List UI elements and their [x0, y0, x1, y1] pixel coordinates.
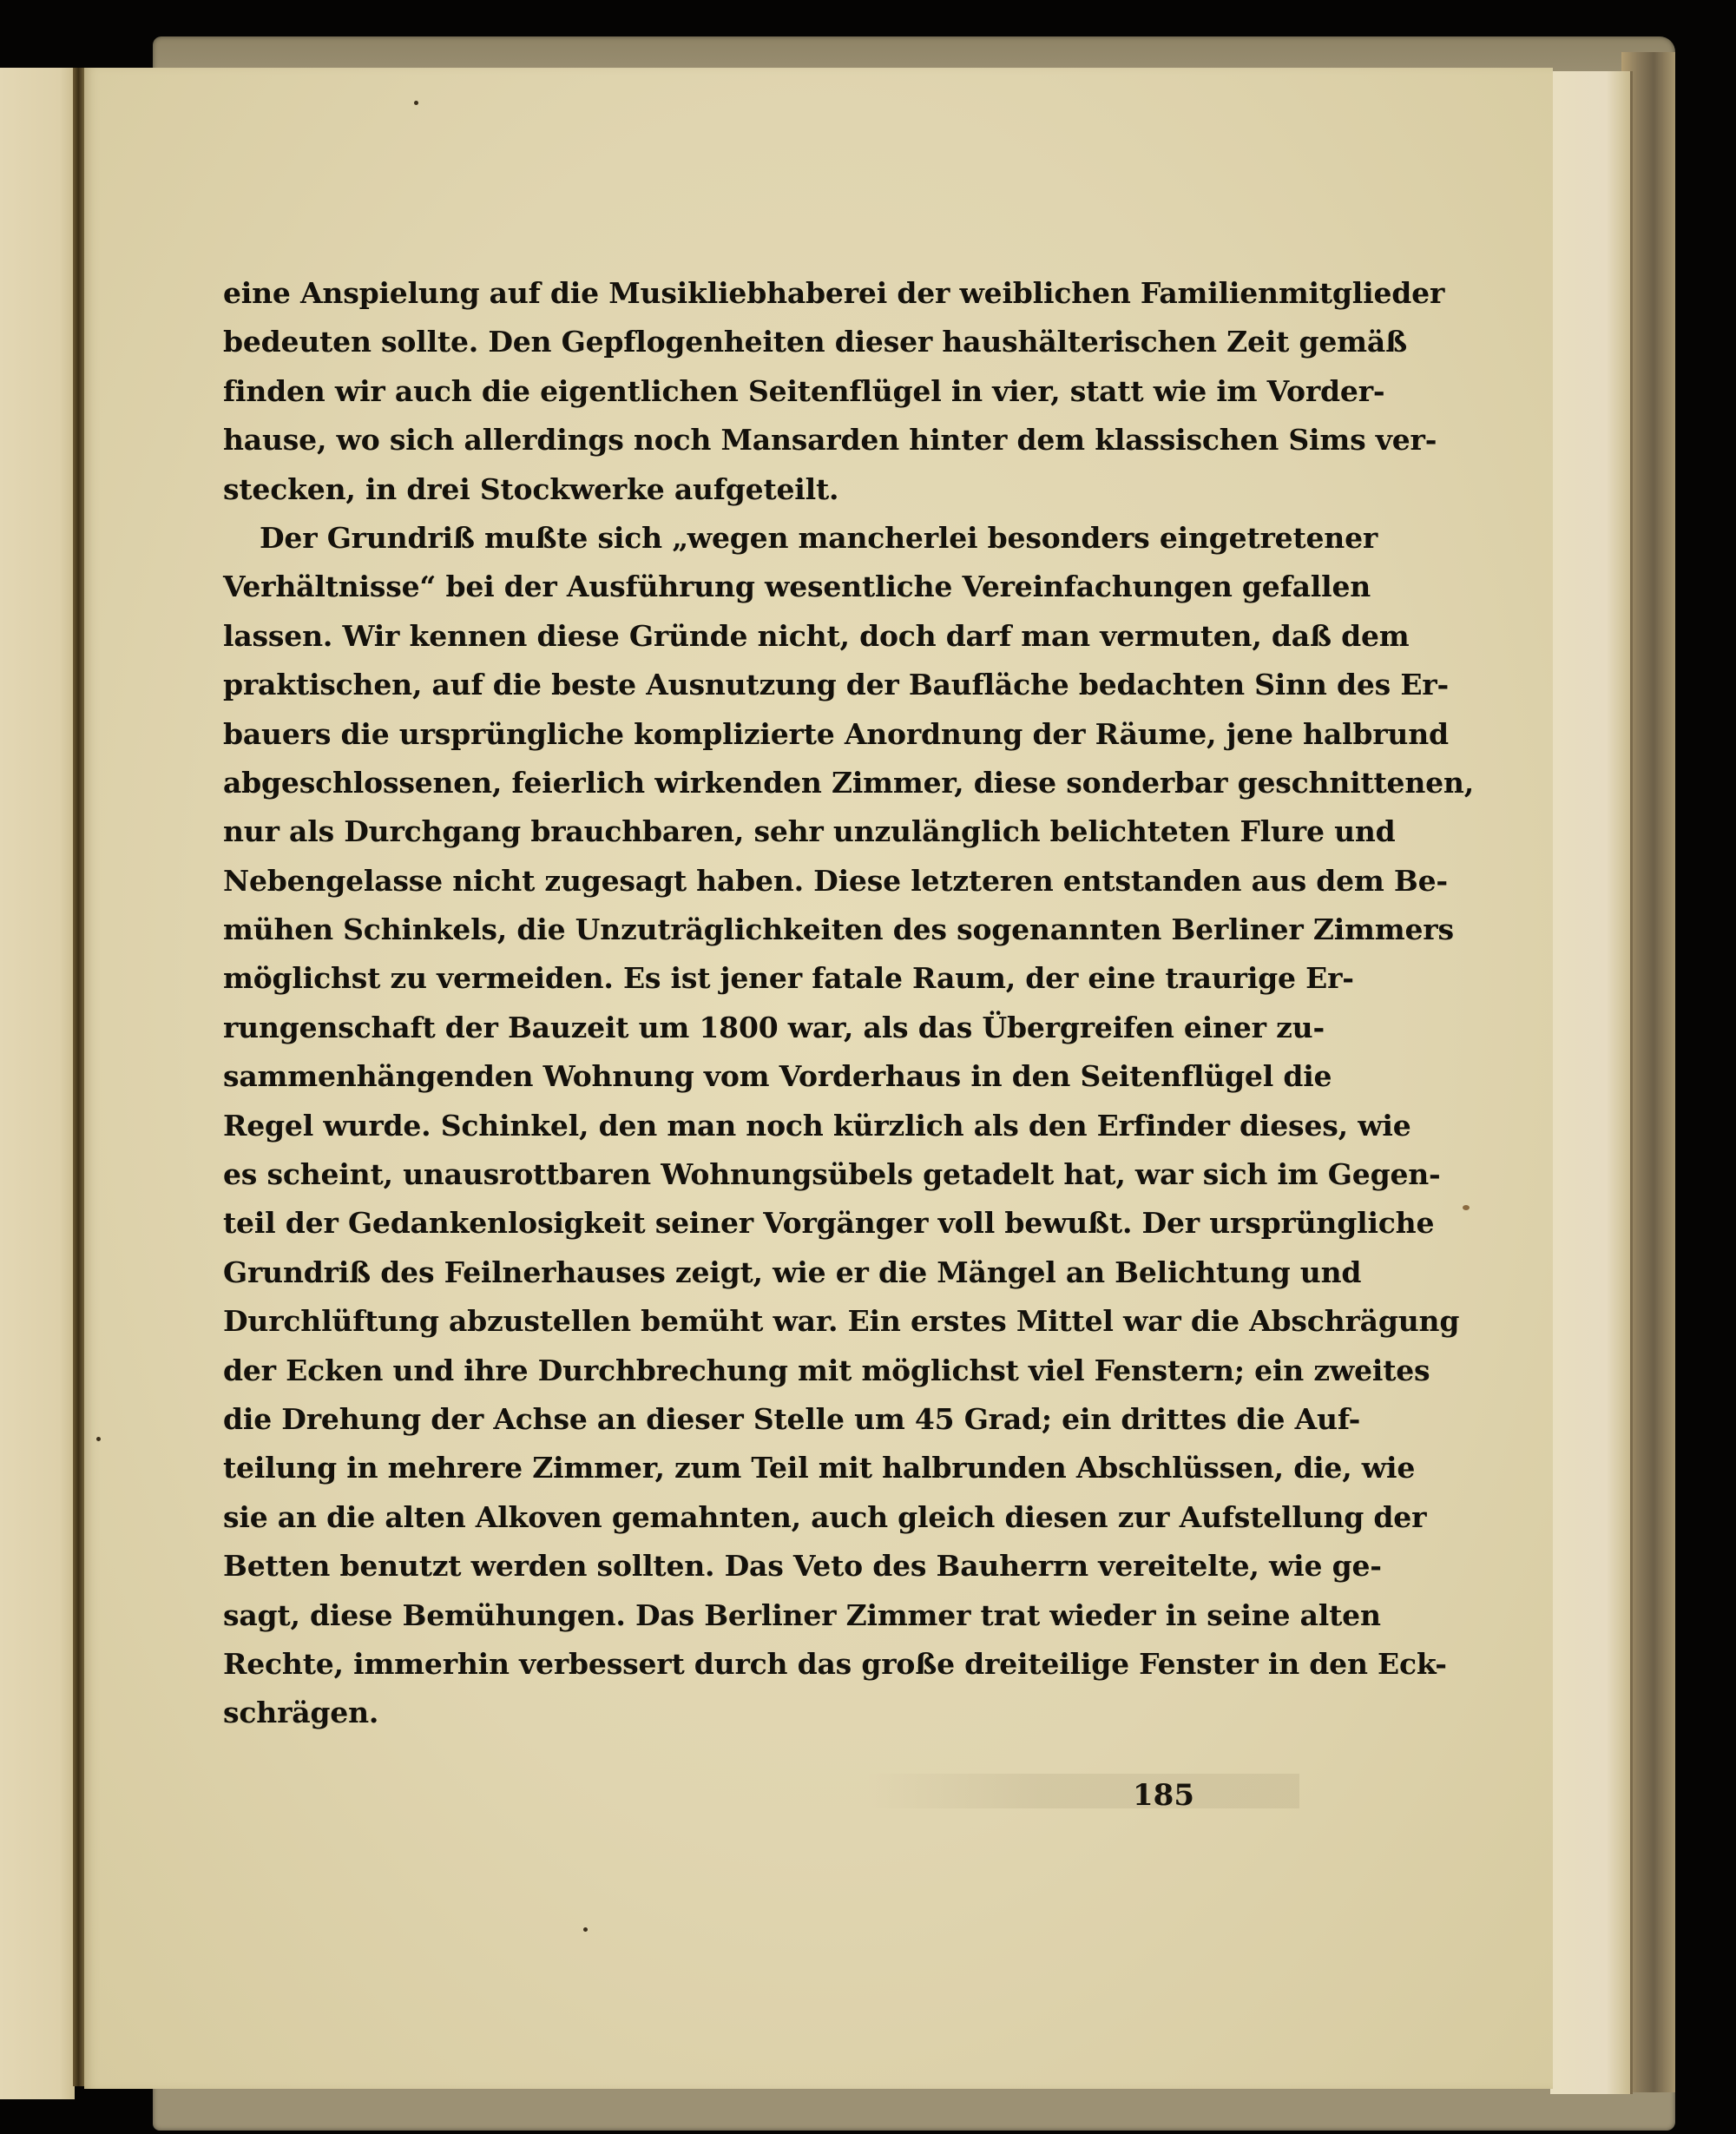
text-line: es scheint, unausrottbaren Wohnungsübels…	[223, 1150, 1296, 1199]
text-line: die Drehung der Achse an dieser Stelle u…	[223, 1395, 1296, 1444]
text-line: praktischen, auf die beste Ausnutzung de…	[223, 661, 1296, 709]
text-line: Grundriß des Feilnerhauses zeigt, wie er…	[223, 1248, 1296, 1297]
paper-speck	[414, 101, 418, 105]
text-line: Betten benutzt werden sollten. Das Veto …	[223, 1542, 1296, 1591]
left-page-strip	[0, 68, 75, 2099]
text-line: sammenhängenden Wohnung vom Vorderhaus i…	[223, 1052, 1296, 1101]
text-line: lassen. Wir kennen diese Gründe nicht, d…	[223, 612, 1296, 661]
text-line: bedeuten sollte. Den Gepflogenheiten die…	[223, 318, 1296, 366]
text-line: eine Anspielung auf die Musikliebhaberei…	[223, 269, 1296, 318]
page-number: 185	[1133, 1778, 1194, 1813]
text-line: Durchlüftung abzustellen bemüht war. Ein…	[223, 1297, 1296, 1346]
text-line: Regel wurde. Schinkel, den man noch kürz…	[223, 1102, 1296, 1150]
paper-speck	[1463, 1205, 1470, 1210]
text-line: nur als Durchgang brauchbaren, sehr unzu…	[223, 807, 1296, 856]
text-line: finden wir auch die eigentlichen Seitenf…	[223, 367, 1296, 416]
text-line: sie an die alten Alkoven gemahnten, auch…	[223, 1493, 1296, 1542]
text-line: der Ecken und ihre Durchbrechung mit mög…	[223, 1347, 1296, 1395]
text-line: mühen Schinkels, die Unzuträglichkeiten …	[223, 906, 1296, 954]
text-line: teilung in mehrere Zimmer, zum Teil mit …	[223, 1444, 1296, 1492]
show-through-text	[865, 1774, 1299, 1808]
text-line: abgeschlossenen, feierlich wirkenden Zim…	[223, 759, 1296, 807]
text-line: Nebengelasse nicht zugesagt haben. Diese…	[223, 857, 1296, 906]
text-line: Verhältnisse“ bei der Ausführung wesentl…	[223, 563, 1296, 611]
paper-speck	[583, 1927, 588, 1932]
text-line: bauers die ursprüngliche komplizierte An…	[223, 710, 1296, 759]
text-line: möglichst zu vermeiden. Es ist jener fat…	[223, 954, 1296, 1003]
page-stack-edge	[1550, 71, 1633, 2094]
text-line: teil der Gedankenlosigkeit seiner Vorgän…	[223, 1199, 1296, 1248]
book-page: eine Anspielung auf die Musikliebhaberei…	[84, 68, 1553, 2089]
body-text: eine Anspielung auf die Musikliebhaberei…	[223, 269, 1296, 1738]
paragraph-1: eine Anspielung auf die Musikliebhaberei…	[223, 269, 1296, 514]
text-line: Der Grundriß mußte sich „wegen mancherle…	[223, 514, 1296, 563]
text-line: rungenschaft der Bauzeit um 1800 war, al…	[223, 1004, 1296, 1052]
text-line: hause, wo sich allerdings noch Mansarden…	[223, 416, 1296, 464]
text-line: schrägen.	[223, 1689, 1296, 1737]
text-line: Rechte, immerhin verbessert durch das gr…	[223, 1640, 1296, 1689]
paper-speck	[96, 1437, 101, 1441]
text-line: sagt, diese Bemühungen. Das Berliner Zim…	[223, 1591, 1296, 1640]
text-line: stecken, in drei Stockwerke aufgeteilt.	[223, 465, 1296, 514]
paragraph-2: Der Grundriß mußte sich „wegen mancherle…	[223, 514, 1296, 1738]
book-gutter	[73, 68, 85, 2086]
